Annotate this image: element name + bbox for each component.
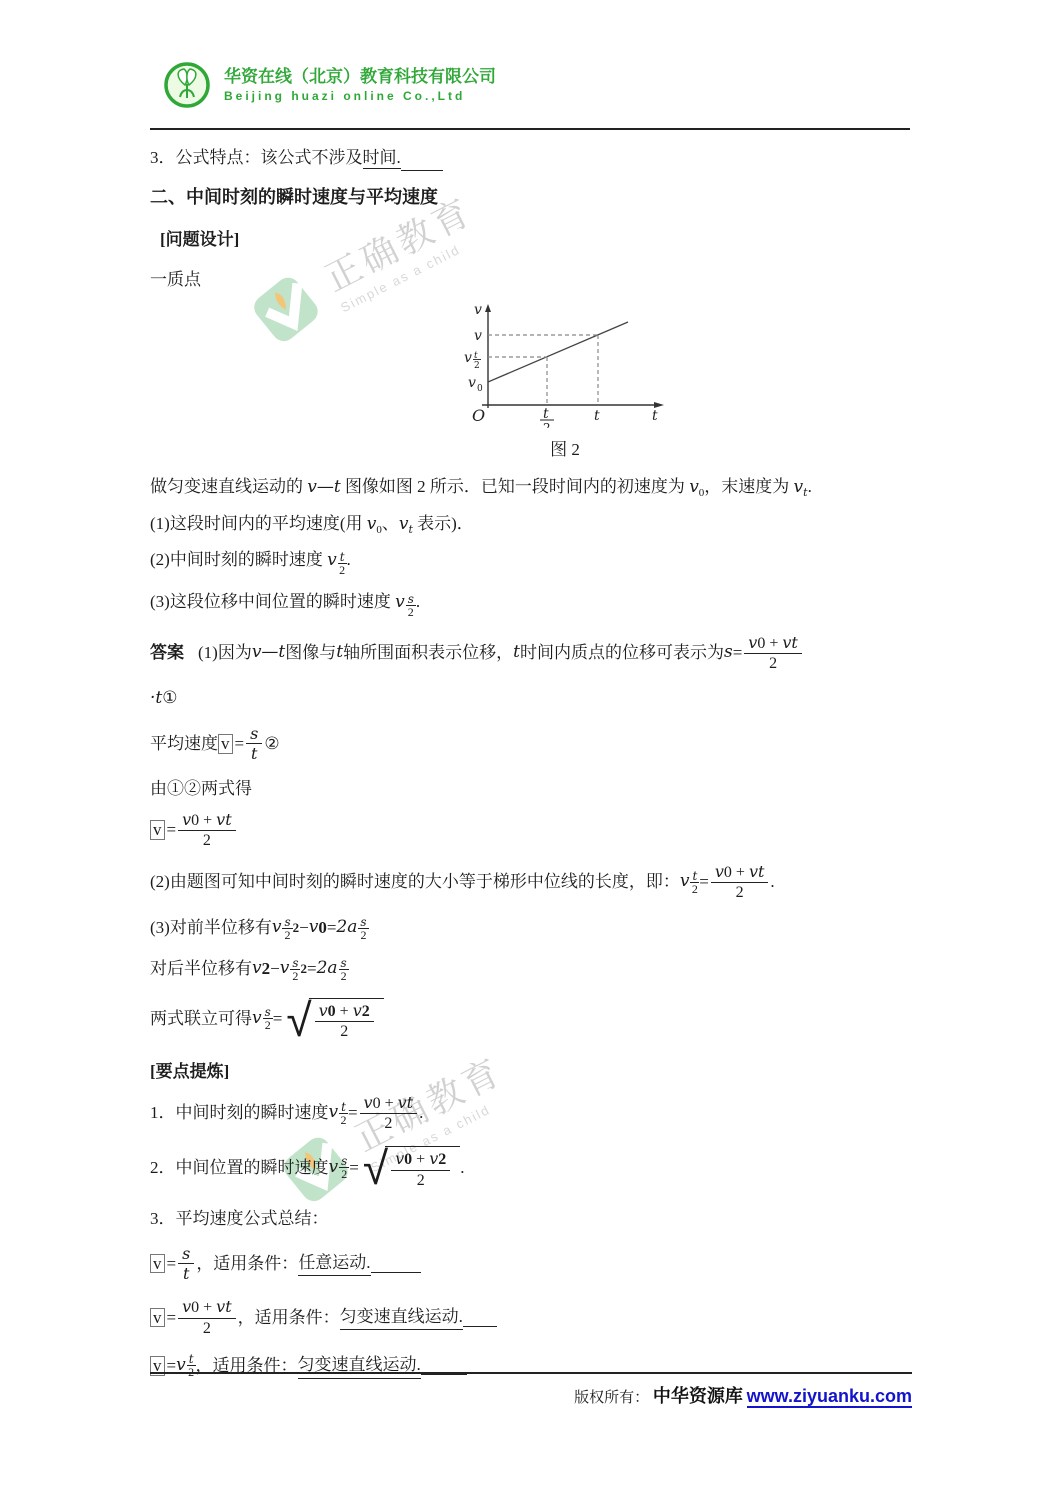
v-symbol: v xyxy=(327,550,337,570)
key-point-2: 2．中间位置的瞬时速度 vs2=√v0 + v22. xyxy=(150,1146,918,1189)
equals-sign: = xyxy=(699,870,709,894)
answer-line-1: 答案(1)因为 v—t 图像与 t 轴所围面积表示位移，t 时间内质点的位移可表… xyxy=(150,634,918,673)
origin-label: O xyxy=(472,406,485,425)
condition-text: ，适用条件： xyxy=(238,1306,340,1330)
s-over-2-subscript: s2 xyxy=(290,957,300,982)
v02-plus-vt2-over-2-fraction: v0 + v22 xyxy=(315,1002,374,1041)
answer-line-1b: ·t① xyxy=(150,686,918,711)
ziyuanku-link[interactable]: www.ziyuanku.com xyxy=(747,1386,912,1408)
two-a: 2a xyxy=(336,916,357,940)
two-a: 2a xyxy=(317,957,338,981)
ans2-text: 平均速度 xyxy=(150,732,218,756)
intro-text: ，末速度为 xyxy=(704,477,793,496)
ans5-text: (2)由题图可知中间时刻的瞬时速度的大小等于梯形中位线的长度，即： xyxy=(150,870,680,894)
t-over-2-subscript: t2 xyxy=(690,870,699,895)
item3-text: 3．公式特点：该公式不涉及 xyxy=(150,148,363,167)
page-header: 华资在线（北京）教育科技有限公司 Beijing huazi online Co… xyxy=(150,62,910,108)
vt-graph: v v v t 2 v 0 O t 2 t t xyxy=(446,300,676,428)
answer-line-3: 由①②两式得 xyxy=(150,777,918,801)
v-symbol: v xyxy=(329,1156,339,1180)
square-root: √v0 + v22 xyxy=(363,1146,460,1189)
v0-plus-vt-over-2-fraction: v0 + vt2 xyxy=(178,811,236,850)
page-footer: 版权所有： 中华资源库 www.ziyuanku.com xyxy=(150,1372,912,1408)
period: . xyxy=(347,550,351,569)
answer-line-8: 两式联立可得 vs2=√v0 + v22 xyxy=(150,998,918,1041)
v0-label-base: v xyxy=(468,375,476,391)
company-name-cn: 华资在线（北京）教育科技有限公司 xyxy=(224,66,496,87)
equals-sign: = xyxy=(167,1306,177,1330)
condition-text: ，适用条件： xyxy=(196,1252,298,1276)
equals-sign: = xyxy=(307,957,317,981)
condition-answer-underlined: 匀变速直线运动. xyxy=(340,1305,463,1331)
s-over-2-subscript: s2 xyxy=(406,593,416,618)
item3-answer-underlined: 时间. xyxy=(363,148,401,169)
header-divider xyxy=(150,128,910,130)
period: . xyxy=(808,477,812,496)
section2-heading: 二、中间时刻的瞬时速度与平均速度 xyxy=(150,185,918,210)
question-1: (1)这段时间内的平均速度(用 v0、vt 表示)． xyxy=(150,512,918,538)
period: . xyxy=(460,1156,464,1180)
ans7-text: 对后半位移有 xyxy=(150,957,252,981)
v-symbol: v xyxy=(395,592,405,612)
v-label: v xyxy=(474,328,482,344)
vt-symbol: v xyxy=(399,514,409,534)
v0-plus-vt-over-2-fraction: v0 + vt2 xyxy=(178,1298,236,1337)
y-axis-label: v xyxy=(474,302,482,318)
v-symbol: v xyxy=(329,1101,339,1125)
s-over-2-fraction: s2 xyxy=(339,957,349,982)
boxed-vbar-symbol: v xyxy=(150,820,165,840)
question-2: (2)中间时刻的瞬时速度 vt2. xyxy=(150,548,918,576)
v0-symbol: v xyxy=(367,514,377,534)
period: . xyxy=(419,1101,423,1125)
q1-text: 表示)． xyxy=(413,514,474,533)
answer-line-4: v=v0 + vt2 xyxy=(150,811,918,850)
main-content: 3．公式特点：该公式不涉及时间. 二、中间时刻的瞬时速度与平均速度 [问题设计]… xyxy=(150,136,918,1379)
answer-line-6: (3)对前半位移有 vs22−v0=2as2 xyxy=(150,916,918,941)
equals-sign: = xyxy=(273,1007,283,1031)
vt-symbol: v—t xyxy=(307,477,340,497)
t-over-2-subscript: t2 xyxy=(338,551,347,576)
s-over-2-subscript: s2 xyxy=(282,916,292,941)
boxed-vbar-symbol: v xyxy=(150,1308,165,1328)
answer-line-7: 对后半位移有 v2−vs22=2as2 xyxy=(150,957,918,982)
radical-sign: √ xyxy=(363,1147,388,1189)
s-over-t-fraction: st xyxy=(246,725,262,763)
dot-t: ·t xyxy=(150,688,162,708)
intro-text: 图像如图 2 所示．已知一段时间内的初速度为 xyxy=(341,477,690,496)
v0-label-sub: 0 xyxy=(477,384,483,394)
s-over-t-fraction: st xyxy=(178,1245,194,1283)
v0-squared-glyph: 0 xyxy=(318,916,327,940)
intro-text: 做匀变速直线运动的 xyxy=(150,477,307,496)
vt-symbol: v xyxy=(252,957,262,981)
vt-symbol: v—t xyxy=(252,641,285,665)
v-symbol: v xyxy=(272,916,282,940)
circled-2: ② xyxy=(264,732,279,756)
q2-text: (2)中间时刻的瞬时速度 xyxy=(150,550,327,569)
q1-text: 、 xyxy=(382,514,399,533)
equals-sign: = xyxy=(348,1101,358,1125)
summary-1: v=st，适用条件：任意运动. xyxy=(150,1245,918,1283)
intro-paragraph: 做匀变速直线运动的 v—t 图像如图 2 所示．已知一段时间内的初速度为 v0，… xyxy=(150,475,918,501)
equals-sign: = xyxy=(349,1156,359,1180)
t-symbol: t xyxy=(336,641,343,665)
s-over-2-subscript: s2 xyxy=(339,1155,349,1180)
copyright-text: 版权所有： xyxy=(574,1390,649,1406)
key-point-3: 3．平均速度公式总结： xyxy=(150,1207,918,1231)
v-symbol: v xyxy=(680,870,690,894)
underline-extension xyxy=(371,1255,421,1273)
boxed-vbar-symbol: v xyxy=(150,1254,165,1274)
key-points-label: [要点提炼] xyxy=(150,1060,918,1084)
ans1-text: 图像与 xyxy=(285,641,336,665)
problem-design-label: [问题设计] xyxy=(160,228,918,252)
equals-sign: = xyxy=(327,916,337,940)
vt-squared-glyph: 2 xyxy=(262,957,271,981)
condition-answer-underlined: 任意运动. xyxy=(298,1251,370,1277)
tick-t: t xyxy=(594,408,600,424)
answer-line-5: (2)由题图可知中间时刻的瞬时速度的大小等于梯形中位线的长度，即：vt2=v0 … xyxy=(150,863,918,902)
underline-extension xyxy=(463,1309,497,1327)
underline-extension xyxy=(401,153,443,171)
answer-line-2: 平均速度v=st② xyxy=(150,725,918,763)
ans1-text: (1)因为 xyxy=(198,641,252,665)
q3-text: (3)这段位移中间位置的瞬时速度 xyxy=(150,592,395,611)
ans8-text: 两式联立可得 xyxy=(150,1007,252,1031)
s-symbol: s xyxy=(724,641,733,665)
square-root: √v0 + v22 xyxy=(286,998,383,1041)
k2-text: 2．中间位置的瞬时速度 xyxy=(150,1156,329,1180)
vt-graph-figure: v v v t 2 v 0 O t 2 t t xyxy=(446,300,676,462)
minus-sign: − xyxy=(299,916,309,940)
company-name-en: Beijing huazi online Co.,Ltd xyxy=(224,89,496,104)
s-over-2-fraction: s2 xyxy=(358,916,368,941)
t-over-2-subscript: t2 xyxy=(339,1101,348,1126)
boxed-vbar-symbol: v xyxy=(218,734,233,754)
equals-sign: = xyxy=(733,641,743,665)
ans1-text: 轴所围面积表示位移， xyxy=(343,641,513,665)
radical-sign: √ xyxy=(286,999,311,1041)
brand-name: 中华资源库 xyxy=(653,1386,743,1406)
v0-symbol: v xyxy=(689,477,699,497)
equals-sign: = xyxy=(235,732,245,756)
key-point-1: 1．中间时刻的瞬时速度 vt2=v0 + vt2. xyxy=(150,1094,918,1133)
v-symbol: v xyxy=(280,957,290,981)
q1-text: (1)这段时间内的平均速度(用 xyxy=(150,514,367,533)
v0-symbol: v xyxy=(309,916,319,940)
v-half-label-base: v xyxy=(464,350,472,366)
question-3: (3)这段位移中间位置的瞬时速度 vs2. xyxy=(150,590,918,618)
period: . xyxy=(416,592,420,611)
equals-sign: = xyxy=(167,818,177,842)
equals-sign: = xyxy=(167,1252,177,1276)
item-formula-feature: 3．公式特点：该公式不涉及时间. xyxy=(150,146,918,171)
ans6-text: (3)对前半位移有 xyxy=(150,916,272,940)
s-over-2-subscript: s2 xyxy=(263,1006,273,1031)
period: . xyxy=(770,870,774,894)
summary-2: v=v0 + vt2，适用条件：匀变速直线运动. xyxy=(150,1298,918,1337)
particle-text: 一质点 xyxy=(150,268,918,292)
circled-1: ① xyxy=(162,688,177,707)
vt-symbol: v xyxy=(794,477,804,497)
document-page: 正确教育 Simple as a child 正确教育 Simple as a … xyxy=(0,0,1058,1497)
t-symbol: t xyxy=(513,641,520,665)
v-symbol: v xyxy=(252,1007,262,1031)
k1-text: 1．中间时刻的瞬时速度 xyxy=(150,1101,329,1125)
minus-sign: − xyxy=(270,957,280,981)
company-logo-icon xyxy=(164,62,210,108)
ans1-text: 时间内质点的位移可表示为 xyxy=(520,641,724,665)
v-half-label-den: 2 xyxy=(474,361,480,371)
tick-half-den: 2 xyxy=(543,421,551,428)
x-axis-label: t xyxy=(652,408,658,424)
v0-plus-vt-over-2-fraction: v0 + vt2 xyxy=(744,634,802,673)
v02-plus-vt2-over-2-fraction: v0 + v22 xyxy=(391,1150,450,1189)
v0-plus-vt-over-2-fraction: v0 + vt2 xyxy=(360,1094,418,1133)
v0-plus-vt-over-2-fraction: v0 + vt2 xyxy=(711,863,769,902)
answer-label: 答案 xyxy=(150,641,184,665)
figure-caption: 图 2 xyxy=(454,438,676,462)
